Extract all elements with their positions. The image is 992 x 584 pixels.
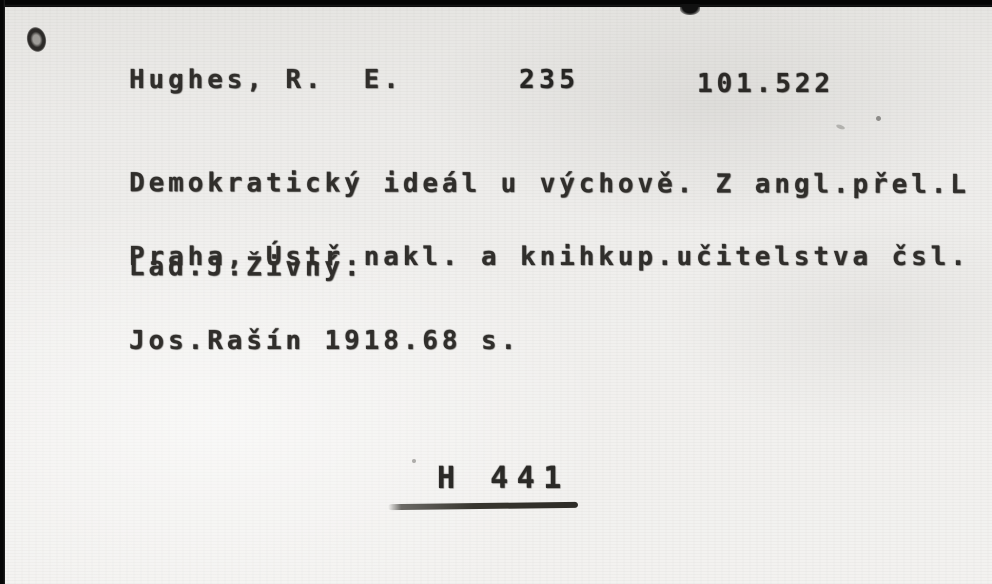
call-number-underline bbox=[388, 502, 578, 510]
imprint-statement: Praha, Ústř.nakl. a knihkup.učitelstva č… bbox=[129, 187, 970, 411]
scan-edge-top bbox=[0, 0, 992, 7]
paper-speck bbox=[876, 116, 881, 121]
scan-edge-left bbox=[0, 0, 5, 584]
accession-number: 101.522 bbox=[697, 70, 834, 98]
catalog-card: Hughes, R. E. 235 101.522 Demokratický i… bbox=[0, 0, 992, 584]
call-number: H 441 bbox=[437, 462, 570, 496]
author-heading: Hughes, R. E. bbox=[129, 66, 403, 94]
imprint-line-2: Jos.Rašín 1918.68 s. bbox=[129, 327, 970, 355]
paper-speck bbox=[412, 459, 416, 463]
scan-artifact-blob bbox=[680, 4, 700, 15]
imprint-line-1: Praha, Ústř.nakl. a knihkup.učitelstva č… bbox=[129, 243, 970, 271]
classification-number: 235 bbox=[519, 66, 579, 94]
punch-hole-mark bbox=[25, 25, 49, 53]
